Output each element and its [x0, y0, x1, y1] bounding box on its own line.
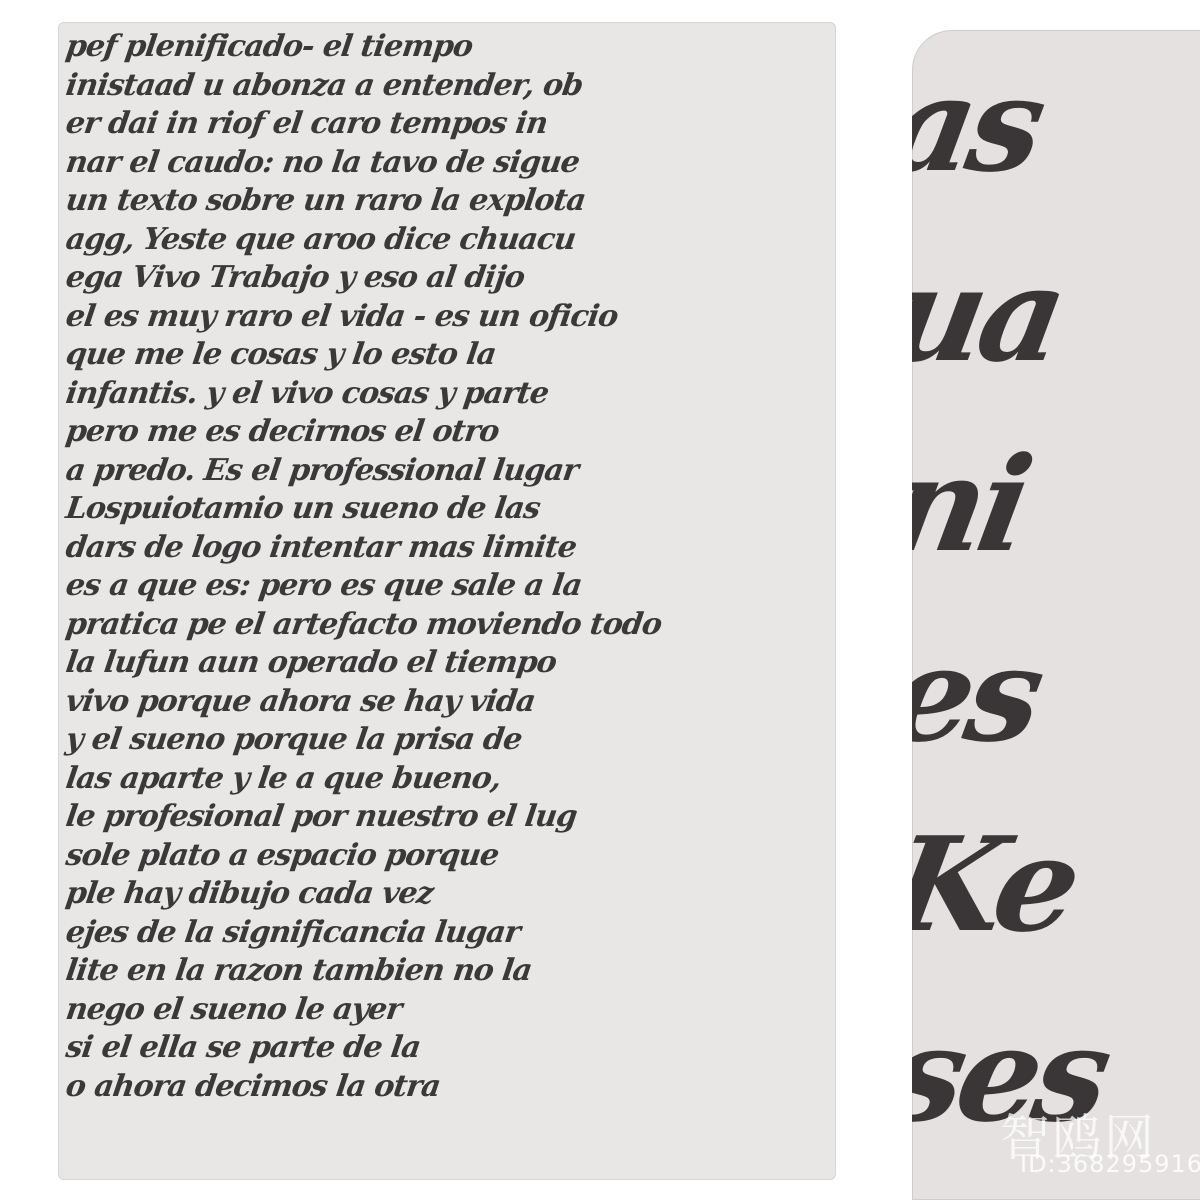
handwriting-line: sole plato a espacio porque	[63, 837, 830, 876]
handwriting-line: y el sueno porque la prisa de	[63, 721, 830, 760]
handwriting-line: es a que es: pero es que sale a la	[63, 567, 830, 606]
handwriting-line: nego el sueno le ayer	[63, 991, 830, 1030]
rug-front-view: pef plenificado- el tiempo inistaad u ab…	[58, 22, 836, 1180]
handwriting-line: el es muy raro el vida - es un oficio	[63, 298, 830, 337]
closeup-handwriting: Ke	[912, 790, 1200, 980]
handwriting-line: er dai in riof el caro tempos in	[63, 105, 830, 144]
handwriting-line: nar el caudo: no la tavo de sigue	[63, 144, 830, 183]
handwriting-line: ejes de la significancia lugar	[63, 914, 830, 953]
handwriting-line: vivo porque ahora se hay vida	[63, 683, 830, 722]
handwriting-line: si el ella se parte de la	[63, 1029, 830, 1068]
handwriting-line: ega Vivo Trabajo y eso al dijo	[63, 259, 830, 298]
handwriting-line: a predo. Es el professional lugar	[63, 452, 830, 491]
handwriting-line: pratica pe el artefacto moviendo todo	[63, 606, 830, 645]
closeup-handwriting: es	[912, 600, 1200, 790]
handwriting-line: lite en la razon tambien no la	[63, 952, 830, 991]
handwriting-line: ple hay dibujo cada vez	[63, 875, 830, 914]
handwriting-line: Lospuiotamio un sueno de las	[63, 490, 830, 529]
handwriting-line: pef plenificado- el tiempo	[63, 28, 830, 67]
closeup-handwriting: ni	[912, 410, 1200, 600]
rug-closeup-view: as ua ni es Ke ses	[912, 30, 1200, 1200]
handwriting-line: infantis. y el vivo cosas y parte	[63, 375, 830, 414]
handwriting-line: inistaad u abonza a entender, ob	[63, 67, 830, 106]
closeup-handwriting: as	[912, 30, 1200, 220]
handwriting-line: que me le cosas y lo esto la	[63, 336, 830, 375]
handwriting-line: un texto sobre un raro la explota	[63, 182, 830, 221]
handwriting-line: le profesional por nuestro el lug	[63, 798, 830, 837]
closeup-handwriting: ua	[912, 220, 1200, 410]
watermark-id: ID:368295916	[1020, 1150, 1200, 1178]
handwriting-line: o ahora decimos la otra	[63, 1068, 830, 1107]
handwriting-line: la lufun aun operado el tiempo	[63, 644, 830, 683]
handwriting-line: las aparte y le a que bueno,	[63, 760, 830, 799]
handwriting-line: dars de logo intentar mas limite	[63, 529, 830, 568]
handwriting-pattern: pef plenificado- el tiempo inistaad u ab…	[58, 22, 836, 1180]
handwriting-line: agg, Yeste que aroo dice chuacu	[63, 221, 830, 260]
handwriting-line: pero me es decirnos el otro	[63, 413, 830, 452]
